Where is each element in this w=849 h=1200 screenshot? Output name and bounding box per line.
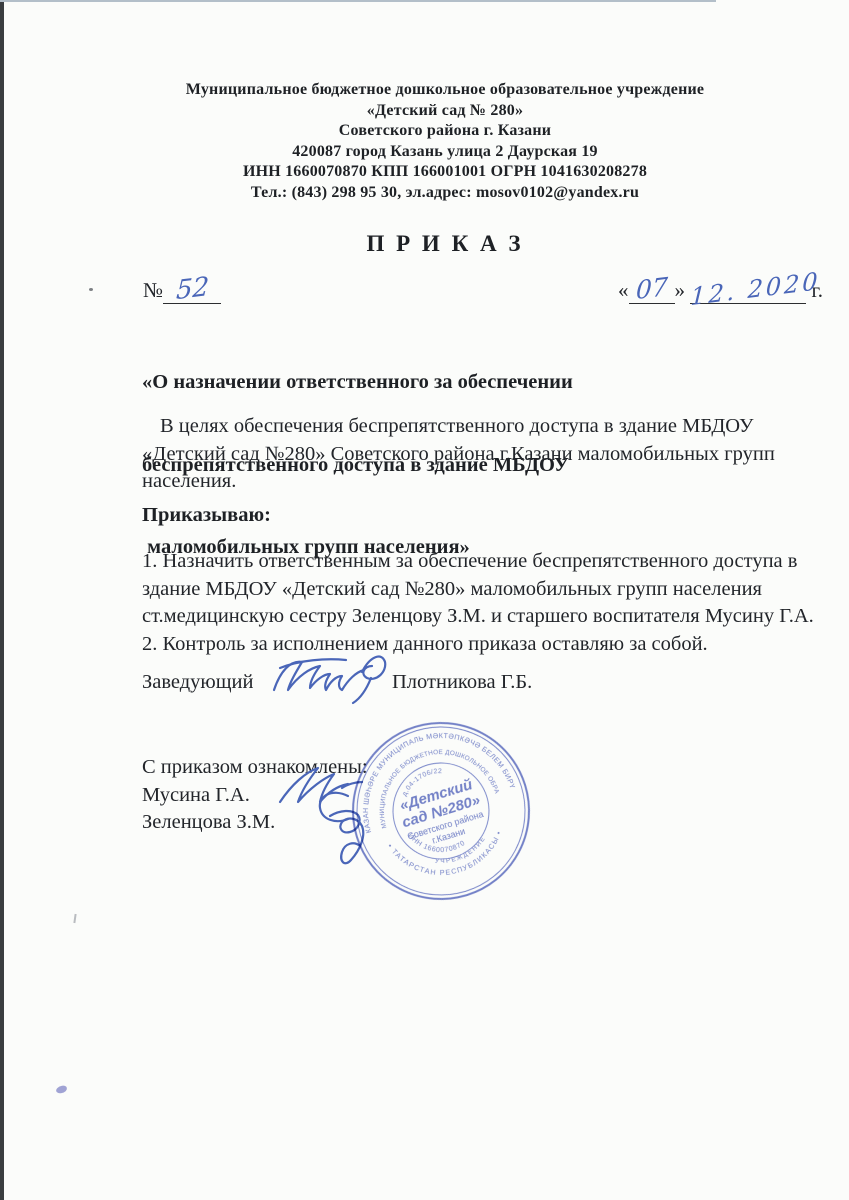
org-district-line: Советского района г. Казани	[85, 121, 805, 142]
scan-speck	[73, 914, 76, 923]
scanned-order-document: Муниципальное бюджетное дошкольное образ…	[0, 0, 849, 1200]
order-item-line: здание МБДОУ «Детский сад №280» маломоби…	[142, 576, 842, 604]
official-round-stamp: КАЗАН ШӘҺӘРЕ МУНИЦИПАЛЬ МӘКТӘПКӘЧӘ БЕЛЕМ…	[326, 696, 556, 926]
signatory-position: Заведующий	[142, 671, 253, 694]
acknowledged-person-2: Зеленцова З.М.	[142, 811, 275, 834]
order-item-line: 2. Контроль за исполнением данного прика…	[142, 631, 842, 659]
org-address-line: 420087 город Казань улица 2 Даурская 19	[85, 142, 805, 163]
director-signature	[266, 646, 398, 708]
org-name-line: Муниципальное бюджетное дошкольное образ…	[85, 80, 805, 101]
scan-speck	[55, 1085, 67, 1094]
order-items: 1. Назначить ответственным за обеспечени…	[142, 548, 842, 658]
quote-close: »	[675, 278, 686, 302]
order-preamble: В целях обеспечения беспрепятственного д…	[142, 413, 837, 496]
date-day-handwritten: 07	[635, 272, 668, 305]
order-number-label: №	[143, 278, 163, 302]
order-number-group: №52	[143, 274, 221, 304]
signatory-name: Плотникова Г.Б.	[392, 671, 532, 694]
date-rest-handwritten: 12. 2020	[690, 267, 821, 311]
org-contact-line: Тел.: (843) 298 95 30, эл.адрес: mosov01…	[85, 183, 805, 204]
preamble-line: населения.	[142, 468, 837, 496]
scan-edge-left	[0, 0, 4, 1200]
organization-header: Муниципальное бюджетное дошкольное образ…	[85, 80, 805, 203]
order-item-line: ст.медицинскую сестру Зеленцову З.М. и с…	[142, 603, 842, 631]
scan-speck	[89, 288, 93, 291]
acknowledged-person-1: Мусина Г.А.	[142, 784, 250, 807]
preamble-line: В целях обеспечения беспрепятственного д…	[142, 413, 837, 441]
date-rest-slot: 12. 2020	[690, 275, 806, 304]
signature-stroke	[362, 657, 385, 679]
order-number-slot: 52	[163, 274, 221, 304]
document-title: П Р И К А З	[85, 231, 805, 257]
signature-stroke	[280, 659, 346, 668]
preamble-line: «Детский сад №280» Советского района г.К…	[142, 441, 837, 469]
scan-edge-top	[0, 0, 716, 2]
order-item-line: 1. Назначить ответственным за обеспечени…	[142, 548, 842, 576]
date-day-slot: 07	[629, 274, 675, 304]
order-number-handwritten: 52	[175, 272, 209, 306]
quote-open: «	[618, 278, 629, 302]
subject-line: «О назначении ответственного за обеспече…	[142, 369, 573, 397]
order-date-group: «07» 12. 2020 г.	[618, 274, 823, 304]
org-inn-line: ИНН 1660070870 КПП 166001001 ОГРН 104163…	[85, 162, 805, 183]
signature-stroke	[353, 678, 371, 703]
org-name-line: «Детский сад № 280»	[85, 101, 805, 122]
order-verb: Приказываю:	[142, 504, 271, 527]
